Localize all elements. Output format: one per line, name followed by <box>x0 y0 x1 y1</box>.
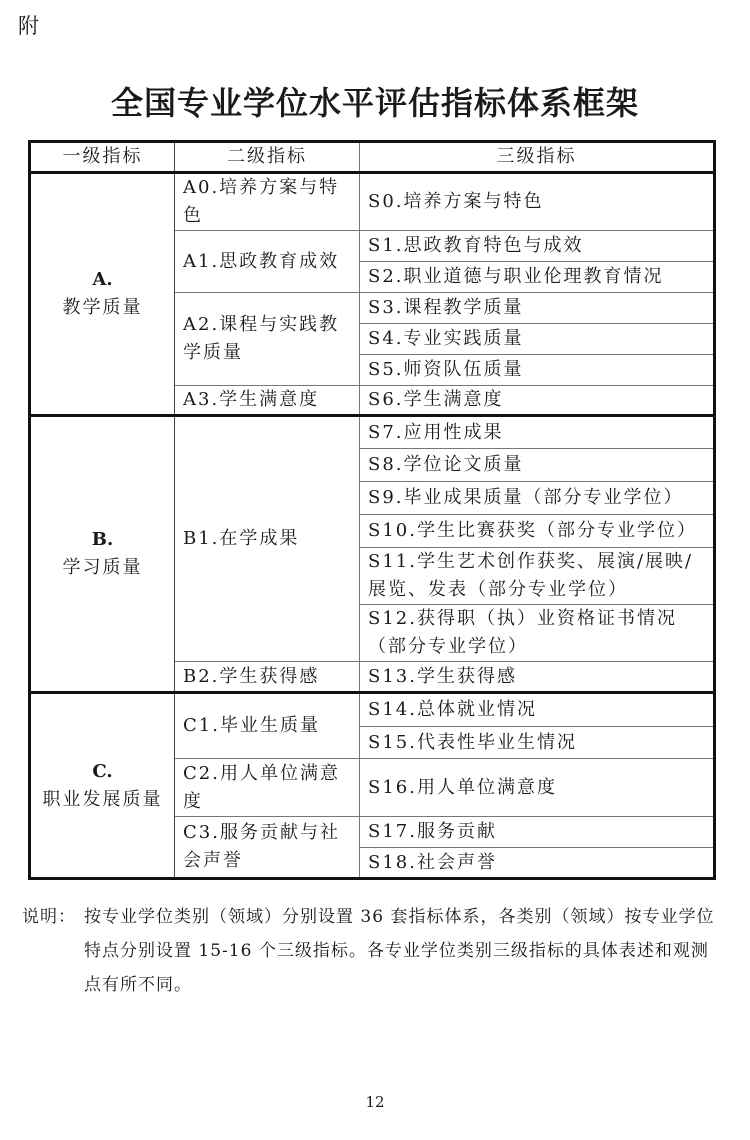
note-text: 按专业学位类别（领域）分别设置 36 套指标体系，各类别（领域）按专业学位特点分… <box>84 900 722 1002</box>
level3-cell: S1.思政教育特色与成效 <box>360 231 715 262</box>
level3-cell: S2.职业道德与职业伦理教育情况 <box>360 262 715 293</box>
header-level3: 三级指标 <box>360 142 715 173</box>
level1-name: 教学质量 <box>63 297 143 318</box>
level3-cell: S16.用人单位满意度 <box>360 759 715 817</box>
level2-cell: C1.毕业生质量 <box>175 693 360 759</box>
level2-cell: B2.学生获得感 <box>175 662 360 693</box>
level3-cell: S11.学生艺术创作获奖、展演/展映/展览、发表（部分专业学位） <box>360 548 715 605</box>
level3-cell: S6.学生满意度 <box>360 386 715 416</box>
level3-cell: S5.师资队伍质量 <box>360 355 715 386</box>
level3-cell: S4.专业实践质量 <box>360 324 715 355</box>
explanatory-note: 说明： 按专业学位类别（领域）分别设置 36 套指标体系，各类别（领域）按专业学… <box>22 900 722 1002</box>
table-header-row: 一级指标 二级指标 三级指标 <box>30 142 715 173</box>
indicator-table: 一级指标 二级指标 三级指标 A. 教学质量 A0.培养方案与特色 S0.培养方… <box>28 140 716 880</box>
page-title: 全国专业学位水平评估指标体系框架 <box>0 78 750 124</box>
level3-cell: S14.总体就业情况 <box>360 693 715 727</box>
level1-cell-a: A. 教学质量 <box>30 173 175 416</box>
level1-name: 学习质量 <box>63 557 143 578</box>
level2-cell: A0.培养方案与特色 <box>175 173 360 231</box>
level1-cell-c: C. 职业发展质量 <box>30 693 175 879</box>
level3-cell: S13.学生获得感 <box>360 662 715 693</box>
level1-name: 职业发展质量 <box>43 789 163 810</box>
level3-cell: S12.获得职（执）业资格证书情况（部分专业学位） <box>360 605 715 662</box>
level2-cell: A3.学生满意度 <box>175 386 360 416</box>
level3-cell: S8.学位论文质量 <box>360 449 715 482</box>
level2-cell: C2.用人单位满意度 <box>175 759 360 817</box>
level3-cell: S0.培养方案与特色 <box>360 173 715 231</box>
annex-label: 附 <box>18 10 39 40</box>
level3-cell: S17.服务贡献 <box>360 817 715 848</box>
level1-code: B. <box>39 526 166 554</box>
table-row: C. 职业发展质量 C1.毕业生质量 S14.总体就业情况 <box>30 693 715 727</box>
page-number: 12 <box>0 1093 750 1111</box>
level3-cell: S10.学生比赛获奖（部分专业学位） <box>360 515 715 548</box>
header-level1: 一级指标 <box>30 142 175 173</box>
level3-cell: S15.代表性毕业生情况 <box>360 727 715 759</box>
level2-cell: B1.在学成果 <box>175 416 360 662</box>
level3-cell: S9.毕业成果质量（部分专业学位） <box>360 482 715 515</box>
level3-cell: S3.课程教学质量 <box>360 293 715 324</box>
level2-cell: C3.服务贡献与社会声誉 <box>175 817 360 879</box>
level2-cell: A1.思政教育成效 <box>175 231 360 293</box>
table-row: B. 学习质量 B1.在学成果 S7.应用性成果 <box>30 416 715 449</box>
level2-cell: A2.课程与实践教学质量 <box>175 293 360 386</box>
level1-code: C. <box>39 758 166 786</box>
level1-code: A. <box>39 266 166 294</box>
header-level2: 二级指标 <box>175 142 360 173</box>
level3-cell: S18.社会声誉 <box>360 848 715 879</box>
level1-cell-b: B. 学习质量 <box>30 416 175 693</box>
table-row: A. 教学质量 A0.培养方案与特色 S0.培养方案与特色 <box>30 173 715 231</box>
level3-cell: S7.应用性成果 <box>360 416 715 449</box>
note-label: 说明： <box>22 900 76 934</box>
